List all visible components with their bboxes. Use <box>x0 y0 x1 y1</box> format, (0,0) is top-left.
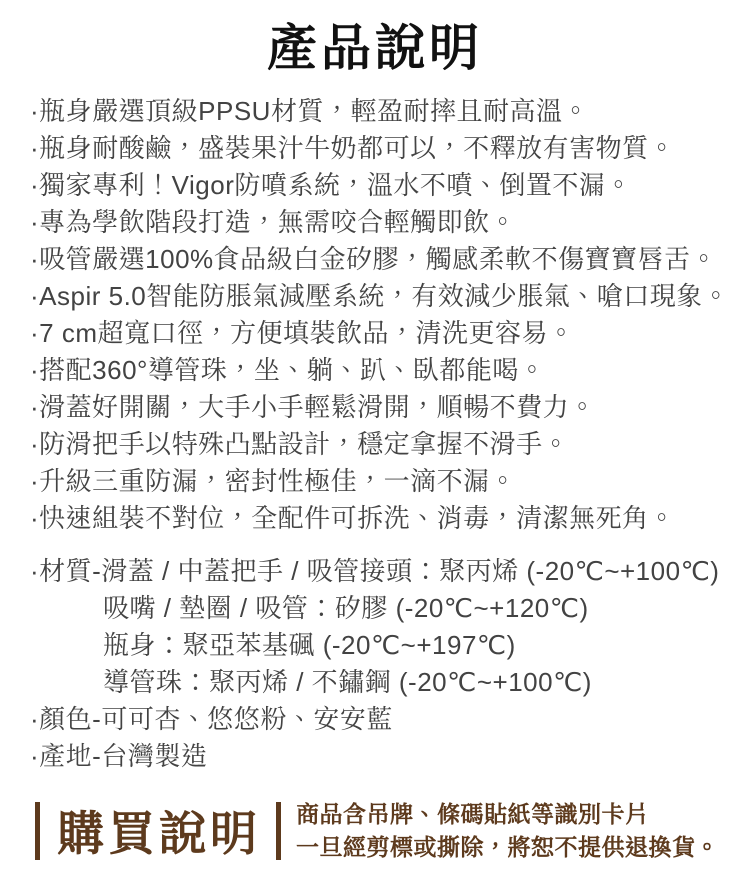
material-line: 瓶身：聚亞苯基碸 (-20℃~+197℃) <box>30 627 750 664</box>
material-line: 導管珠：聚丙烯 / 不鏽鋼 (-20℃~+100℃) <box>30 664 750 701</box>
feature-item: ·Aspir 5.0智能防脹氣減壓系統，有效減少脹氣、嗆口現象。 <box>30 278 750 315</box>
spec-section: ·材質-滑蓋 / 中蓋把手 / 吸管接頭：聚丙烯 (-20℃~+100℃) 吸嘴… <box>0 553 750 775</box>
heading-right-bar <box>276 802 281 860</box>
feature-item: ·瓶身嚴選頂級PPSU材質，輕盈耐摔且耐高溫。 <box>30 93 750 130</box>
feature-list: ·瓶身嚴選頂級PPSU材質，輕盈耐摔且耐高溫。 ·瓶身耐酸鹼，盛裝果汁牛奶都可以… <box>0 93 750 537</box>
color-options-line: ·顏色-可可杏、悠悠粉、安安藍 <box>30 701 750 738</box>
heading-left-bar <box>35 802 40 860</box>
feature-item: ·專為學飲階段打造，無需咬合輕觸即飲。 <box>30 204 750 241</box>
feature-item: ·7 cm超寬口徑，方便填裝飲品，清洗更容易。 <box>30 315 750 352</box>
feature-item: ·獨家專利！Vigor防噴系統，溫水不噴、倒置不漏。 <box>30 167 750 204</box>
purchase-info-section: 購買說明 商品含吊牌、條碼貼紙等識別卡片 一旦經剪標或撕除，將恕不提供退換貨。 <box>35 797 750 864</box>
purchase-note-line: 商品含吊牌、條碼貼紙等識別卡片 <box>296 798 719 831</box>
feature-item: ·快速組裝不對位，全配件可拆洗、消毒，清潔無死角。 <box>30 500 750 537</box>
feature-item: ·防滑把手以特殊凸點設計，穩定拿握不滑手。 <box>30 426 750 463</box>
product-description-page: 產品說明 ·瓶身嚴選頂級PPSU材質，輕盈耐摔且耐高溫。 ·瓶身耐酸鹼，盛裝果汁… <box>0 0 750 878</box>
feature-item: ·搭配360°導管珠，坐、躺、趴、臥都能喝。 <box>30 352 750 389</box>
feature-item: ·瓶身耐酸鹼，盛裝果汁牛奶都可以，不釋放有害物質。 <box>30 130 750 167</box>
feature-item: ·升級三重防漏，密封性極佳，一滴不漏。 <box>30 463 750 500</box>
material-line: 吸嘴 / 墊圈 / 吸管：矽膠 (-20℃~+120℃) <box>30 590 750 627</box>
purchase-notes: 商品含吊牌、條碼貼紙等識別卡片 一旦經剪標或撕除，將恕不提供退換貨。 <box>296 798 719 864</box>
feature-item: ·吸管嚴選100%食品級白金矽膠，觸感柔軟不傷寶寶唇舌。 <box>30 241 750 278</box>
purchase-note-line: 一旦經剪標或撕除，將恕不提供退換貨。 <box>296 831 719 864</box>
feature-item: ·滑蓋好開關，大手小手輕鬆滑開，順暢不費力。 <box>30 389 750 426</box>
material-line: ·材質-滑蓋 / 中蓋把手 / 吸管接頭：聚丙烯 (-20℃~+100℃) <box>30 553 750 590</box>
page-title: 產品說明 <box>0 0 750 78</box>
origin-line: ·產地-台灣製造 <box>30 738 750 775</box>
purchase-heading: 購買說明 <box>57 797 261 864</box>
